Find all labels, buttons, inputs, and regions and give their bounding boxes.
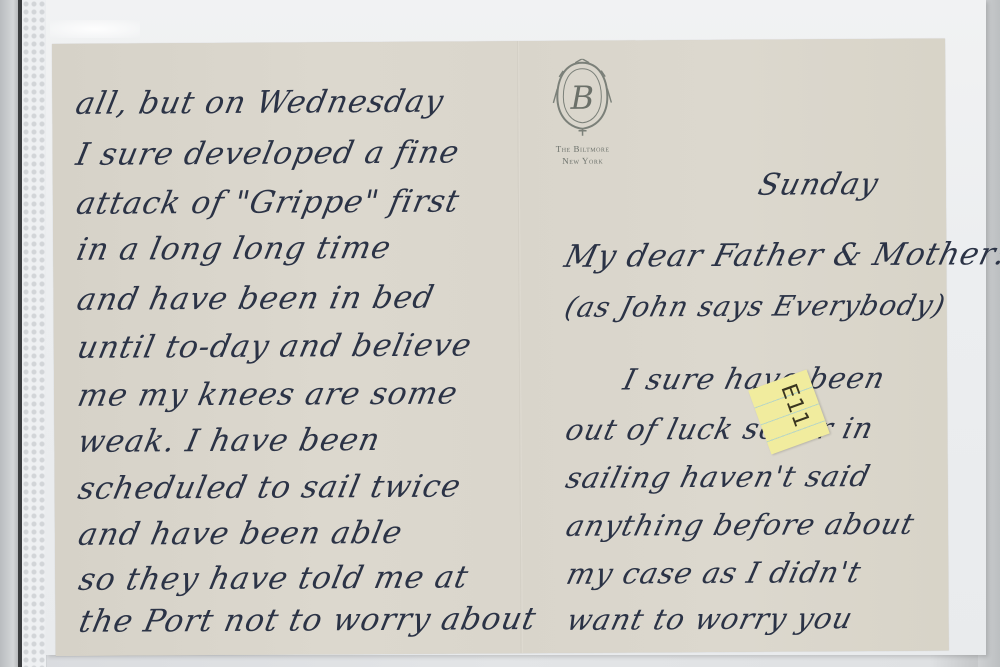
left-page-line: so they have told me at	[76, 559, 472, 597]
svg-text:B: B	[569, 79, 594, 117]
left-page-line: attack of "Grippe" first	[73, 183, 463, 221]
left-page-line: me my knees are some	[74, 376, 461, 414]
left-page-line: in a long long time	[74, 230, 395, 268]
right-page-line: sailing haven't said	[563, 459, 875, 495]
right-page-line: want to worry you	[563, 601, 856, 637]
letter-sheet: all, but on Wednesday I sure developed a…	[52, 39, 949, 656]
right-page-line: my case as I didn't	[563, 555, 865, 591]
left-page-line: scheduled to sail twice	[75, 468, 464, 506]
letter-date: Sunday	[755, 167, 883, 203]
right-page-line: anything before about	[563, 507, 918, 543]
left-page-line: and have been able	[75, 515, 406, 553]
left-page-line: the Port not to worry about	[76, 601, 540, 640]
biltmore-letterhead: B The Biltmore New York	[537, 58, 628, 167]
left-page-line: and have been in bed	[74, 280, 438, 318]
left-page-line: all, but on Wednesday	[73, 84, 448, 122]
biltmore-monogram-icon: B	[551, 59, 613, 137]
photo-scene: all, but on Wednesday I sure developed a…	[0, 0, 1000, 667]
left-page-line: I sure developed a fine	[73, 134, 463, 172]
sleeve-glare	[50, 20, 140, 38]
sleeve-perforation-strip	[22, 0, 47, 667]
right-page-line: out of luck so far in	[562, 411, 877, 447]
letterhead-hotel-name: The Biltmore	[538, 142, 628, 155]
sticky-note-label: E11	[775, 381, 814, 432]
left-page-line: until to-day and believe	[74, 327, 475, 365]
letterhead-city: New York	[538, 154, 628, 167]
letter-aside: (as John says Everybody)	[562, 289, 950, 324]
left-page-line: weak. I have been	[75, 422, 384, 460]
letter-salutation: My dear Father & Mother:	[561, 236, 1000, 275]
